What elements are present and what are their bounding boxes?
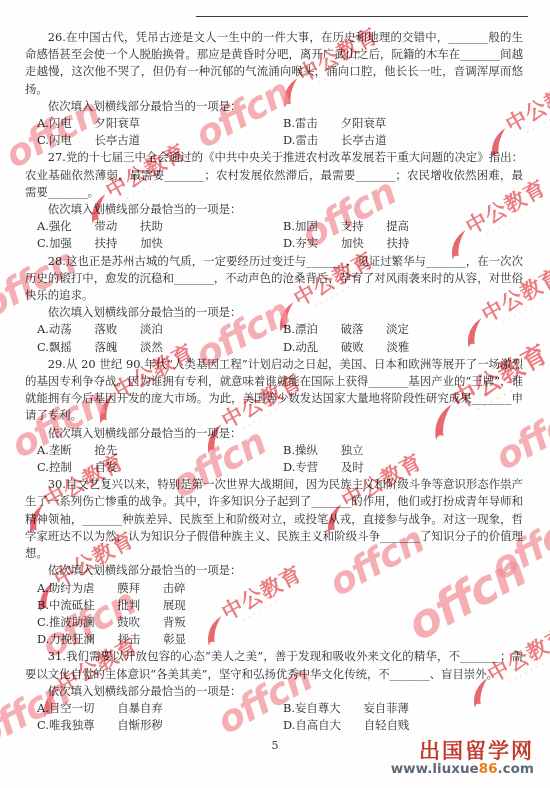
option-label: D. — [283, 718, 295, 732]
option-row: A.闪电 夕阳衰草 B.雷击 夕阳衰草 — [37, 115, 523, 132]
option-label: C. — [37, 460, 49, 474]
question-28: 28.这也正是苏州古城的气质，一定要经历过变迁与_______，见证过繁华与__… — [25, 253, 523, 356]
option-text: 飘摇 落魄 淡然 — [49, 340, 163, 354]
exam-page: 26.在中国古代，凭吊古迹是文人一生中的一件大事，在历史和地理的交错中，____… — [0, 0, 550, 788]
option-b: B.加固 支持 提高 — [283, 218, 529, 235]
footer-site-logo: 出国留学网 www.liuxue86.com — [391, 741, 534, 777]
site-url-suffix: .com — [498, 761, 534, 777]
option-d: D.自高自大 自轻自贱 — [283, 717, 529, 734]
option-text: 助纣为虐 膜拜 击碎 — [49, 581, 186, 595]
option-b: B.操纵 独立 — [283, 442, 529, 459]
option-label: B. — [283, 322, 295, 336]
options-prompt: 依次填入划横线部分最恰当的一项是： — [25, 425, 523, 442]
option-label: A. — [37, 219, 49, 233]
option-text: 夯实 加快 扶持 — [295, 236, 409, 250]
option-text: 自高自大 自轻自贱 — [295, 718, 409, 732]
option-text: 专营 及时 — [295, 460, 363, 474]
options-list: A.强化 带动 扶助 B.加固 支持 提高 C.加强 扶持 加快 D.夯实 加快… — [37, 218, 523, 252]
option-b: B.漂泊 破落 淡定 — [283, 321, 529, 338]
question-27: 27.党的十七届三中全会通过的《中共中央关于推进农村改革发展若干重大问题的决定》… — [25, 149, 523, 252]
option-b: B.中流砥柱 批判 展现 — [37, 597, 523, 614]
option-label: B. — [283, 701, 295, 715]
option-text: 漂泊 破落 淡定 — [295, 322, 409, 336]
option-c: C.闪电 长亭古道 — [37, 132, 283, 149]
option-row: A.助纣为虐 膜拜 击碎 — [37, 580, 523, 597]
option-text: 加固 支持 提高 — [295, 219, 409, 233]
option-row: C.唯我独尊 自惭形秽 D.自高自大 自轻自贱 — [37, 717, 523, 734]
option-row: B.中流砥柱 批判 展现 — [37, 597, 523, 614]
option-text: 力挽狂澜 抨击 彰显 — [49, 632, 186, 646]
question-31: 31.我们需要以开放包容的心态“美人之美”，善于发现和吸收外来文化的精华，不__… — [25, 648, 523, 734]
site-url: www.liuxue86.com — [391, 763, 534, 777]
option-label: B. — [283, 219, 295, 233]
option-row: A.目空一切 自暴自弃 B.妄自尊大 妄自菲薄 — [37, 700, 523, 717]
option-text: 加强 扶持 加快 — [49, 236, 163, 250]
option-label: C. — [37, 340, 49, 354]
options-prompt: 依次填入划横线部分最恰当的一项是： — [25, 201, 523, 218]
options-list: A.垄断 抢先 B.操纵 独立 C.控制 自发 D.专营 及时 — [37, 442, 523, 476]
options-list: A.助纣为虐 膜拜 击碎 B.中流砥柱 批判 展现 C.推波助澜 鼓吹 背叛 D… — [37, 580, 523, 649]
option-row: C.推波助澜 鼓吹 背叛 — [37, 614, 523, 631]
option-label: A. — [37, 322, 49, 336]
option-row: D.力挽狂澜 抨击 彰显 — [37, 631, 523, 648]
option-label: B. — [283, 443, 295, 457]
option-label: C. — [37, 615, 49, 629]
option-label: A. — [37, 701, 49, 715]
options-list: A.动荡 落败 淡泊 B.漂泊 破落 淡定 C.飘摇 落魄 淡然 D.动乱 破败… — [37, 321, 523, 355]
question-stem: 27.党的十七届三中全会通过的《中共中央关于推进农村改革发展若干重大问题的决定》… — [25, 149, 523, 201]
option-c: C.控制 自发 — [37, 459, 283, 476]
option-text: 垄断 抢先 — [49, 443, 117, 457]
option-text: 唯我独尊 自惭形秽 — [49, 718, 163, 732]
option-text: 雷击 夕阳衰草 — [295, 116, 386, 130]
option-b: B.妄自尊大 妄自菲薄 — [283, 700, 529, 717]
option-a: A.目空一切 自暴自弃 — [37, 700, 283, 717]
option-label: D. — [283, 133, 295, 147]
question-26: 26.在中国古代，凭吊古迹是文人一生中的一件大事，在历史和地理的交错中，____… — [25, 29, 523, 149]
question-content: 26.在中国古代，凭吊古迹是文人一生中的一件大事，在历史和地理的交错中，____… — [25, 29, 523, 734]
option-a: A.闪电 夕阳衰草 — [37, 115, 283, 132]
option-a: A.助纣为虐 膜拜 击碎 — [37, 580, 523, 597]
option-d: D.动乱 破败 淡雅 — [283, 339, 529, 356]
question-stem: 30.自文艺复兴以来，特别是第一次世界大战期间，因为民族主义和阶级斗争等意识形态… — [25, 476, 523, 562]
option-b: B.雷击 夕阳衰草 — [283, 115, 529, 132]
question-stem: 28.这也正是苏州古城的气质，一定要经历过变迁与_______，见证过繁华与__… — [25, 253, 523, 305]
option-c: C.唯我独尊 自惭形秽 — [37, 717, 283, 734]
option-label: B. — [283, 116, 295, 130]
option-a: A.动荡 落败 淡泊 — [37, 321, 283, 338]
option-d: D.雷击 长亭古道 — [283, 132, 529, 149]
option-label: A. — [37, 116, 49, 130]
option-label: A. — [37, 443, 49, 457]
option-text: 强化 带动 扶助 — [49, 219, 163, 233]
option-label: A. — [37, 581, 49, 595]
option-label: D. — [283, 236, 295, 250]
option-label: D. — [283, 460, 295, 474]
option-row: A.垄断 抢先 B.操纵 独立 — [37, 442, 523, 459]
option-a: A.垄断 抢先 — [37, 442, 283, 459]
option-row: C.闪电 长亭古道 D.雷击 长亭古道 — [37, 132, 523, 149]
option-row: C.控制 自发 D.专营 及时 — [37, 459, 523, 476]
option-row: A.强化 带动 扶助 B.加固 支持 提高 — [37, 218, 523, 235]
option-d: D.力挽狂澜 抨击 彰显 — [37, 631, 523, 648]
option-text: 闪电 夕阳衰草 — [49, 116, 140, 130]
option-label: C. — [37, 133, 49, 147]
option-text: 中流砥柱 批判 展现 — [49, 598, 186, 612]
options-prompt: 依次填入划横线部分最恰当的一项是： — [25, 304, 523, 321]
option-text: 雷击 长亭古道 — [295, 133, 386, 147]
options-prompt: 依次填入划横线部分最恰当的一项是： — [25, 562, 523, 579]
option-label: C. — [37, 718, 49, 732]
options-list: A.目空一切 自暴自弃 B.妄自尊大 妄自菲薄 C.唯我独尊 自惭形秽 D.自高… — [37, 700, 523, 734]
option-text: 动荡 落败 淡泊 — [49, 322, 163, 336]
options-prompt: 依次填入划横线部分最恰当的一项是： — [25, 683, 523, 700]
options-prompt: 依次填入划横线部分最恰当的一项是： — [25, 98, 523, 115]
option-d: D.夯实 加快 扶持 — [283, 235, 529, 252]
option-c: C.飘摇 落魄 淡然 — [37, 339, 283, 356]
option-text: 目空一切 自暴自弃 — [49, 701, 163, 715]
option-label: C. — [37, 236, 49, 250]
option-text: 控制 自发 — [49, 460, 117, 474]
header-rule — [196, 16, 528, 17]
question-stem: 29.从 20 世纪 90 年代“人类基因工程”计划启动之日起，美国、日本和欧洲… — [25, 356, 523, 425]
question-29: 29.从 20 世纪 90 年代“人类基因工程”计划启动之日起，美国、日本和欧洲… — [25, 356, 523, 476]
option-row: A.动荡 落败 淡泊 B.漂泊 破落 淡定 — [37, 321, 523, 338]
option-row: C.飘摇 落魄 淡然 D.动乱 破败 淡雅 — [37, 339, 523, 356]
option-text: 闪电 长亭古道 — [49, 133, 140, 147]
question-stem: 26.在中国古代，凭吊古迹是文人一生中的一件大事，在历史和地理的交错中，____… — [25, 29, 523, 98]
option-label: B. — [37, 598, 49, 612]
option-label: D. — [283, 340, 295, 354]
question-30: 30.自文艺复兴以来，特别是第一次世界大战期间，因为民族主义和阶级斗争等意识形态… — [25, 476, 523, 648]
option-text: 操纵 独立 — [295, 443, 363, 457]
question-stem: 31.我们需要以开放包容的心态“美人之美”，善于发现和吸收外来文化的精华，不__… — [25, 648, 523, 682]
options-list: A.闪电 夕阳衰草 B.雷击 夕阳衰草 C.闪电 长亭古道 D.雷击 长亭古道 — [37, 115, 523, 149]
option-a: A.强化 带动 扶助 — [37, 218, 283, 235]
option-c: C.加强 扶持 加快 — [37, 235, 283, 252]
option-row: C.加强 扶持 加快 D.夯实 加快 扶持 — [37, 235, 523, 252]
option-text: 推波助澜 鼓吹 背叛 — [49, 615, 186, 629]
option-text: 妄自尊大 妄自菲薄 — [295, 701, 409, 715]
option-c: C.推波助澜 鼓吹 背叛 — [37, 614, 523, 631]
option-text: 动乱 破败 淡雅 — [295, 340, 409, 354]
site-name: 出国留学网 — [391, 741, 534, 762]
site-url-number: 86 — [479, 761, 498, 777]
site-url-prefix: www.liuxue — [391, 761, 479, 777]
option-d: D.专营 及时 — [283, 459, 529, 476]
option-label: D. — [37, 632, 49, 646]
